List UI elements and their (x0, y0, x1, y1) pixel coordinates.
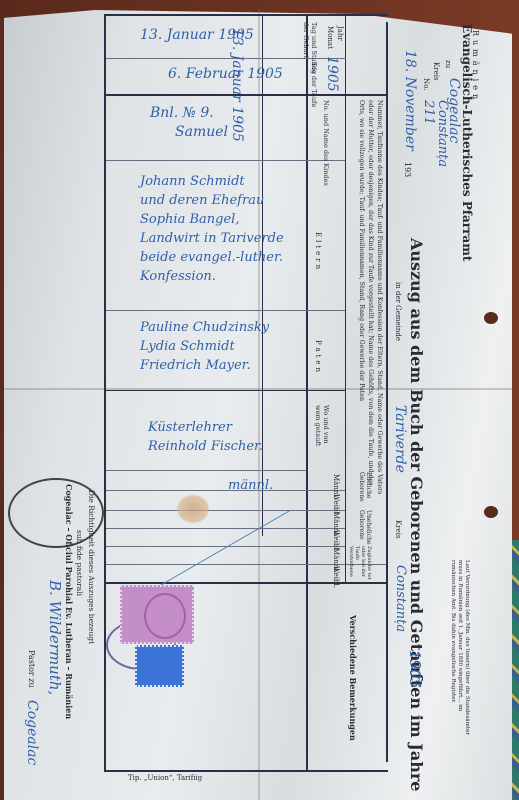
row-divider (106, 160, 346, 161)
month-header: Monat (326, 26, 334, 49)
year-value: 1905 (324, 56, 340, 92)
certification-text: Die Richtigkeit dieses Auszuges bezeugt (87, 490, 96, 644)
pastor-signature: B. Wildermuth, (46, 580, 64, 695)
table-border-left (104, 14, 106, 772)
godparent-line: Friedrich Mayer. (140, 356, 269, 375)
column-divider (345, 16, 346, 96)
parents-value: Johann Schmidt und deren Ehefrau Sophia … (140, 172, 284, 286)
remarks-header: Verschiedene Bemerkungen (348, 615, 358, 741)
baptism-header: Tag der Taufe (310, 62, 318, 107)
stain-mark (176, 494, 210, 524)
parents-line: Landwirt in Tariverde (140, 229, 284, 248)
parents-line: beide evangel.-luther. (140, 248, 284, 267)
baptizer-header: Wo und von wem getauft (314, 405, 330, 455)
gender-label: Weibl. (332, 566, 340, 588)
row-divider (106, 94, 386, 96)
seal-text: Cogealac – Oficiul Parohial Ev. Lutheran… (64, 484, 74, 719)
row-divider (106, 490, 346, 491)
portrait-medallion-icon (144, 593, 186, 639)
fiscal-stamp-purple (120, 585, 194, 644)
pastor-title-label: Pastor zu (27, 650, 36, 688)
parents-header: Eltern (314, 232, 322, 272)
punch-hole (484, 506, 498, 518)
place-label: zu (444, 60, 452, 68)
child-name: Samuel (175, 124, 228, 140)
row-divider (106, 510, 346, 511)
gender-value: männl. (228, 478, 273, 493)
baptizer-line: Küsterlehrer (148, 418, 263, 437)
child-number: Bnl. № 9. (150, 105, 214, 121)
group-label-deceased: Zugleiche tot oder bei der Taufe Verstor… (348, 546, 372, 586)
parents-line: Konfession. (140, 267, 284, 286)
office-title: Evangelisch-Lutherisches Pfarramt (460, 24, 474, 261)
godparent-line: Pauline Chudzinsky (140, 318, 269, 337)
godparents-header: Paten (314, 340, 322, 375)
parents-line: Sophia Bangel, (140, 210, 284, 229)
printer-imprint: Tip. „Union“, Tarifiig (128, 774, 202, 782)
punch-hole (484, 312, 498, 324)
certification-formula: sub fide pastorali (75, 530, 84, 596)
row-divider (106, 528, 346, 529)
baptizer-line: Reinhold Fischer. (148, 437, 263, 456)
community-label: in der Gemeinde (394, 282, 402, 341)
row-divider (106, 390, 346, 391)
group-label-illegitimate: Uneheliche Geborene (358, 510, 372, 550)
parents-line: Johann Schmidt (140, 172, 284, 191)
issue-year: 193 (403, 162, 412, 177)
godparents-value: Pauline Chudzinsky Lydia Schmidt Friedri… (140, 318, 269, 375)
parents-line: und deren Ehefrau (140, 191, 284, 210)
baptism-date-line: 6. Februar 1905 (168, 66, 283, 82)
community-value: Tariverde (392, 405, 408, 473)
district-label: Kreis (432, 62, 440, 81)
row-divider (106, 310, 346, 311)
year-header: Jahr (335, 26, 344, 41)
godparent-line: Lydia Schmidt (140, 337, 269, 356)
row-divider (106, 470, 306, 471)
community-district-label: Kreis (394, 520, 402, 539)
table-border-right (386, 22, 388, 762)
table-border-bottom (104, 770, 388, 772)
fold-crease-vertical (258, 10, 260, 800)
fiscal-stamp-blue (135, 645, 184, 687)
community-district-value: Constanța (393, 565, 408, 632)
district-value: Constanța (435, 100, 450, 167)
footnote: Laut Verordnung (des Min. des Innern) üb… (449, 560, 470, 740)
row-divider (106, 582, 386, 584)
number-value: 211 (421, 100, 436, 125)
issue-date: 18. November (402, 50, 418, 151)
document-title: Auszug aus dem Buch der Geborenen und Ge… (407, 238, 426, 791)
parents-description: Nummer, Taufname des Kindes; Tauf- und F… (357, 100, 384, 500)
column-divider-header (306, 16, 308, 771)
row-divider (106, 564, 386, 565)
number-label: No. (422, 78, 430, 90)
group-label-legitimate: Eheliche Geborene (358, 472, 372, 512)
birth-date-value: 13. Januar 1905 (229, 28, 245, 142)
child-header: No. und Name des Kindes (322, 100, 330, 186)
birth-date-line: 13. Januar 1905 (140, 27, 254, 43)
column-divider (345, 96, 346, 582)
document-title-year: 1905 (406, 650, 424, 688)
pastor-title-place: Cogealac (24, 700, 40, 765)
baptizer-value: Küsterlehrer Reinhold Fischer. (148, 418, 263, 456)
